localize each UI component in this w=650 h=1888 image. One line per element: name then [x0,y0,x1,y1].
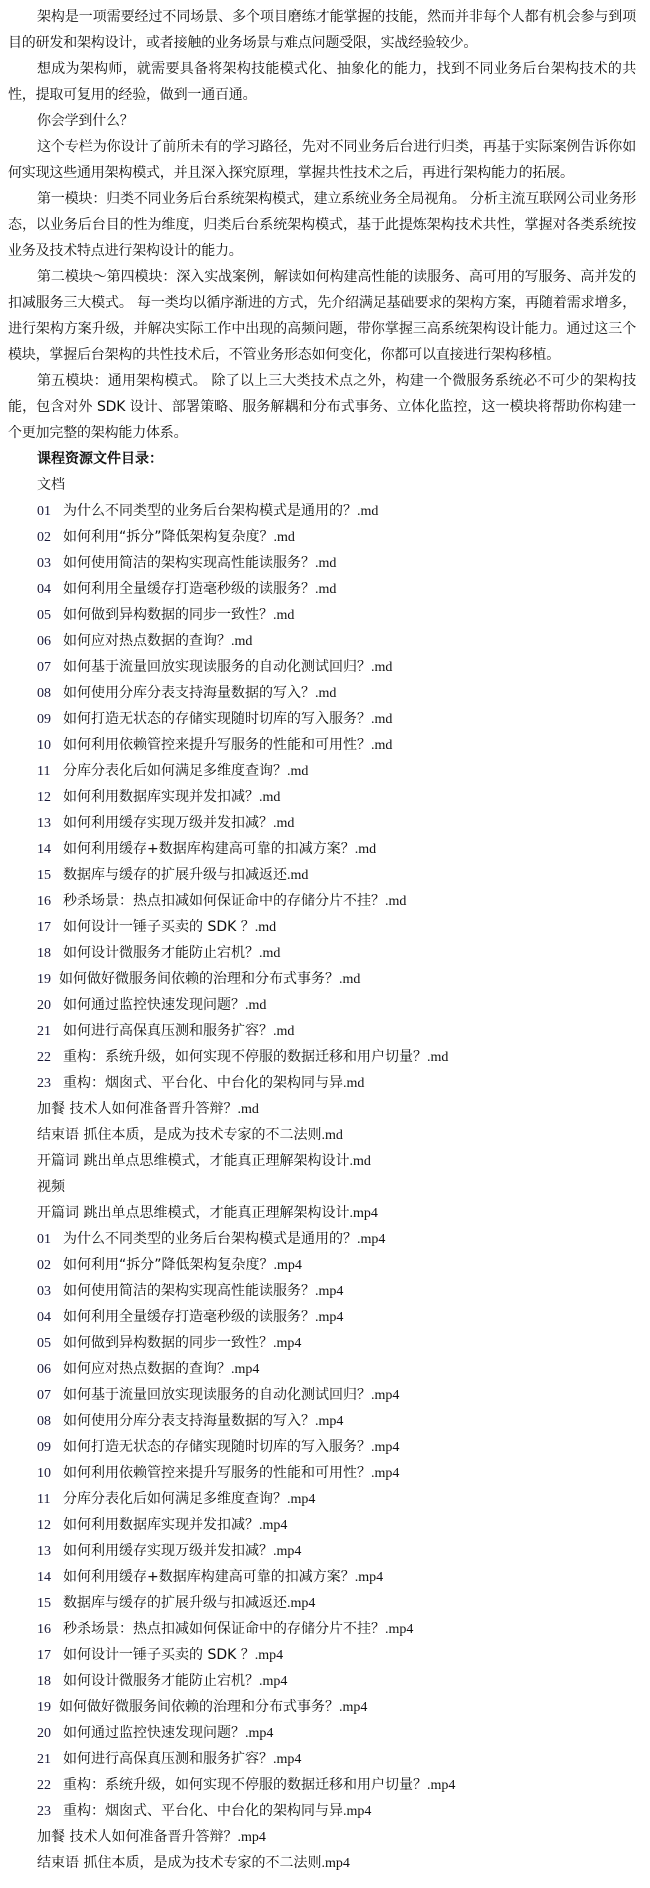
file-number: 10 [37,1461,57,1487]
file-list-item: 20如何通过监控快速发现问题？.mp4 [8,1720,636,1746]
file-extension: .md [357,504,378,519]
file-list-item: 加餐 技术人如何准备晋升答辩？.md [8,1096,636,1122]
file-number: 23 [37,1071,57,1097]
file-extension: .mp4 [245,1726,273,1741]
file-number: 11 [37,1487,57,1513]
file-name: 重构：烟囱式、平台化、中台化的架构同与异 [63,1075,343,1091]
file-list-item: 19如何做好微服务间依赖的治理和分布式事务？.md [8,966,636,992]
file-name: 数据库与缓存的扩展升级与扣减返还 [63,867,287,883]
file-name: 如何使用简洁的架构实现高性能读服务？ [63,1283,315,1299]
file-name: 开篇词 跳出单点思维模式，才能真正理解架构设计 [37,1205,349,1221]
file-number: 17 [37,1643,57,1669]
file-list-item: 01为什么不同类型的业务后台架构模式是通用的？.mp4 [8,1226,636,1252]
file-number: 05 [37,603,57,629]
file-list-item: 06如何应对热点数据的查询？.md [8,628,636,654]
file-number: 14 [37,837,57,863]
file-name: 如何做到异构数据的同步一致性？ [63,607,273,623]
file-number: 10 [37,733,57,759]
file-list-item: 05如何做到异构数据的同步一致性？.mp4 [8,1330,636,1356]
file-name: 如何利用“拆分”降低架构复杂度？ [63,1257,274,1273]
file-extension: .mp4 [385,1622,413,1637]
file-name: 如何基于流量回放实现读服务的自动化测试回归？ [63,1387,371,1403]
file-number: 14 [37,1565,57,1591]
file-extension: .mp4 [315,1310,343,1325]
catalog-section-title: 视频 [8,1174,636,1200]
file-list-item: 结束语 抓住本质，是成为技术专家的不二法则.md [8,1122,636,1148]
file-extension: .mp4 [287,1492,315,1507]
file-list-item: 11分库分表化后如何满足多维度查询？.md [8,758,636,784]
file-extension: .mp4 [259,1674,287,1689]
file-name: 结束语 抓住本质，是成为技术专家的不二法则 [37,1855,321,1871]
file-name: 如何使用简洁的架构实现高性能读服务？ [63,555,315,571]
file-extension: .mp4 [315,1414,343,1429]
file-extension: .mp4 [343,1804,371,1819]
file-extension: .mp4 [273,1544,301,1559]
file-list-item: 结束语 抓住本质，是成为技术专家的不二法则.mp4 [8,1850,636,1876]
module-1-paragraph: 第一模块：归类不同业务后台系统架构模式，建立系统业务全局视角。 分析主流互联网公… [8,186,636,264]
file-list-item: 23重构：烟囱式、平台化、中台化的架构同与异.mp4 [8,1798,636,1824]
file-list-item: 15数据库与缓存的扩展升级与扣减返还.mp4 [8,1590,636,1616]
file-name: 如何设计一锤子买卖的 SDK ？ [63,919,255,935]
file-number: 23 [37,1799,57,1825]
file-name: 秒杀场景：热点扣减如何保证命中的存储分片不挂？ [63,1621,385,1637]
file-extension: .md [315,556,336,571]
file-extension: .mp4 [287,1596,315,1611]
file-list-item: 20如何通过监控快速发现问题？.md [8,992,636,1018]
file-name: 如何基于流量回放实现读服务的自动化测试回归？ [63,659,371,675]
file-name: 数据库与缓存的扩展升级与扣减返还 [63,1595,287,1611]
file-list-item: 06如何应对热点数据的查询？.mp4 [8,1356,636,1382]
file-name: 重构：系统升级，如何实现不停服的数据迁移和用户切量？ [63,1777,427,1793]
file-number: 06 [37,1357,57,1383]
module-5-paragraph: 第五模块：通用架构模式。 除了以上三大类技术点之外，构建一个微服务系统必不可少的… [8,368,636,446]
file-list-item: 11分库分表化后如何满足多维度查询？.mp4 [8,1486,636,1512]
file-extension: .md [385,894,406,909]
file-extension: .md [349,1154,370,1169]
file-number: 13 [37,1539,57,1565]
file-list-item: 开篇词 跳出单点思维模式，才能真正理解架构设计.mp4 [8,1200,636,1226]
file-name: 如何打造无状态的存储实现随时切库的写入服务？ [63,711,371,727]
file-name: 如何利用缓存+数据库构建高可靠的扣减方案？ [63,841,355,857]
file-list-item: 22重构：系统升级，如何实现不停服的数据迁移和用户切量？.md [8,1044,636,1070]
file-name: 开篇词 跳出单点思维模式，才能真正理解架构设计 [37,1153,349,1169]
file-number: 20 [37,993,57,1019]
file-list-item: 02如何利用“拆分”降低架构复杂度？.mp4 [8,1252,636,1278]
file-list-item: 07如何基于流量回放实现读服务的自动化测试回归？.md [8,654,636,680]
file-extension: .md [427,1050,448,1065]
file-list-item: 03如何使用简洁的架构实现高性能读服务？.md [8,550,636,576]
file-name: 如何打造无状态的存储实现随时切库的写入服务？ [63,1439,371,1455]
file-list-item: 16秒杀场景：热点扣减如何保证命中的存储分片不挂？.md [8,888,636,914]
file-number: 09 [37,707,57,733]
file-extension: .mp4 [273,1752,301,1767]
file-extension: .md [287,764,308,779]
file-name: 重构：系统升级，如何实现不停服的数据迁移和用户切量？ [63,1049,427,1065]
file-name: 结束语 抓住本质，是成为技术专家的不二法则 [37,1127,321,1143]
file-name: 加餐 技术人如何准备晋升答辩？ [37,1829,237,1845]
file-extension: .mp4 [355,1570,383,1585]
file-number: 19 [37,967,57,993]
file-extension: .mp4 [371,1440,399,1455]
file-number: 04 [37,1305,57,1331]
file-list-item: 21如何进行高保真压测和服务扩容？.md [8,1018,636,1044]
file-number: 15 [37,1591,57,1617]
file-name: 如何使用分库分表支持海量数据的写入？ [63,1413,315,1429]
file-list-item: 03如何使用简洁的架构实现高性能读服务？.mp4 [8,1278,636,1304]
file-name: 如何利用依赖管控来提升写服务的性能和可用性？ [63,737,371,753]
file-list-item: 07如何基于流量回放实现读服务的自动化测试回归？.mp4 [8,1382,636,1408]
file-extension: .md [259,946,280,961]
file-name: 如何通过监控快速发现问题？ [63,1725,245,1741]
file-name: 如何利用数据库实现并发扣减？ [63,1517,259,1533]
file-list-item: 12如何利用数据库实现并发扣减？.md [8,784,636,810]
file-number: 21 [37,1019,57,1045]
file-list-item: 04如何利用全量缓存打造毫秒级的读服务？.md [8,576,636,602]
file-list-item: 08如何使用分库分表支持海量数据的写入？.mp4 [8,1408,636,1434]
file-name: 如何做到异构数据的同步一致性？ [63,1335,273,1351]
file-name: 如何利用缓存+数据库构建高可靠的扣减方案？ [63,1569,355,1585]
file-number: 07 [37,655,57,681]
file-number: 13 [37,811,57,837]
file-name: 重构：烟囱式、平台化、中台化的架构同与异 [63,1803,343,1819]
file-list-item: 14如何利用缓存+数据库构建高可靠的扣减方案？.mp4 [8,1564,636,1590]
file-name: 如何设计微服务才能防止宕机？ [63,1673,259,1689]
file-extension: .md [343,1076,364,1091]
file-number: 02 [37,1253,57,1279]
file-extension: .md [237,1102,258,1117]
file-extension: .mp4 [273,1336,301,1351]
file-list-item: 13如何利用缓存实现万级并发扣减？.md [8,810,636,836]
file-name: 加餐 技术人如何准备晋升答辩？ [37,1101,237,1117]
file-list-item: 17如何设计一锤子买卖的 SDK ？.mp4 [8,1642,636,1668]
file-name: 如何通过监控快速发现问题？ [63,997,245,1013]
file-number: 09 [37,1435,57,1461]
file-list-item: 15数据库与缓存的扩展升级与扣减返还.md [8,862,636,888]
file-name: 为什么不同类型的业务后台架构模式是通用的？ [63,1231,357,1247]
catalog-heading: 课程资源文件目录： [8,446,636,472]
file-number: 06 [37,629,57,655]
file-extension: .md [274,530,295,545]
file-name: 如何利用缓存实现万级并发扣减？ [63,1543,273,1559]
file-list-item: 09如何打造无状态的存储实现随时切库的写入服务？.mp4 [8,1434,636,1460]
file-extension: .mp4 [339,1700,367,1715]
file-extension: .md [259,790,280,805]
file-list-item: 04如何利用全量缓存打造毫秒级的读服务？.mp4 [8,1304,636,1330]
file-number: 12 [37,1513,57,1539]
file-name: 如何利用依赖管控来提升写服务的性能和可用性？ [63,1465,371,1481]
file-extension: .mp4 [255,1648,283,1663]
file-list-item: 21如何进行高保真压测和服务扩容？.mp4 [8,1746,636,1772]
file-name: 如何进行高保真压测和服务扩容？ [63,1023,273,1039]
file-extension: .md [339,972,360,987]
file-number: 05 [37,1331,57,1357]
file-list-item: 23重构：烟囱式、平台化、中台化的架构同与异.md [8,1070,636,1096]
file-extension: .mp4 [231,1362,259,1377]
file-name: 如何利用“拆分”降低架构复杂度？ [63,529,274,545]
file-name: 为什么不同类型的业务后台架构模式是通用的？ [63,503,357,519]
file-name: 秒杀场景：热点扣减如何保证命中的存储分片不挂？ [63,893,385,909]
file-extension: .md [245,998,266,1013]
file-extension: .md [315,582,336,597]
document-body: 架构是一项需要经过不同场景、多个项目磨练才能掌握的技能，然而并非每个人都有机会参… [0,0,650,1876]
file-name: 如何设计微服务才能防止宕机？ [63,945,259,961]
file-extension: .md [273,608,294,623]
file-number: 22 [37,1045,57,1071]
module-2-4-paragraph: 第二模块～第四模块：深入实战案例，解读如何构建高性能的读服务、高可用的写服务、高… [8,264,636,368]
file-list-item: 18如何设计微服务才能防止宕机？.mp4 [8,1668,636,1694]
file-list-item: 09如何打造无状态的存储实现随时切库的写入服务？.md [8,706,636,732]
file-extension: .md [355,842,376,857]
file-extension: .md [273,1024,294,1039]
file-extension: .md [287,868,308,883]
file-list-item: 18如何设计微服务才能防止宕机？.md [8,940,636,966]
file-number: 18 [37,941,57,967]
file-name: 如何利用全量缓存打造毫秒级的读服务？ [63,581,315,597]
file-list-item: 22重构：系统升级，如何实现不停服的数据迁移和用户切量？.mp4 [8,1772,636,1798]
file-name: 如何进行高保真压测和服务扩容？ [63,1751,273,1767]
file-name: 分库分表化后如何满足多维度查询？ [63,763,287,779]
file-extension: .md [371,738,392,753]
file-number: 16 [37,889,57,915]
file-name: 如何利用缓存实现万级并发扣减？ [63,815,273,831]
file-list-item: 加餐 技术人如何准备晋升答辩？.mp4 [8,1824,636,1850]
file-number: 04 [37,577,57,603]
intro-paragraph: 想成为架构师，就需要具备将架构技能模式化、抽象化的能力，找到不同业务后台架构技术… [8,56,636,108]
file-extension: .md [315,686,336,701]
file-number: 01 [37,1227,57,1253]
file-extension: .md [231,634,252,649]
file-list-item: 开篇词 跳出单点思维模式，才能真正理解架构设计.md [8,1148,636,1174]
file-number: 02 [37,525,57,551]
intro-paragraph: 架构是一项需要经过不同场景、多个项目磨练才能掌握的技能，然而并非每个人都有机会参… [8,4,636,56]
file-number: 12 [37,785,57,811]
file-name: 如何利用数据库实现并发扣减？ [63,789,259,805]
file-list-item: 10如何利用依赖管控来提升写服务的性能和可用性？.md [8,732,636,758]
file-extension: .mp4 [349,1206,377,1221]
file-name: 如何使用分库分表支持海量数据的写入？ [63,685,315,701]
file-extension: .md [273,816,294,831]
file-list-item: 02如何利用“拆分”降低架构复杂度？.md [8,524,636,550]
file-number: 07 [37,1383,57,1409]
file-extension: .mp4 [427,1778,455,1793]
file-extension: .mp4 [259,1518,287,1533]
file-list-item: 12如何利用数据库实现并发扣减？.mp4 [8,1512,636,1538]
file-extension: .mp4 [237,1830,265,1845]
file-extension: .mp4 [371,1388,399,1403]
file-extension: .mp4 [371,1466,399,1481]
file-number: 08 [37,1409,57,1435]
file-extension: .mp4 [321,1856,349,1871]
file-extension: .mp4 [357,1232,385,1247]
intro-paragraph: 这个专栏为你设计了前所未有的学习路径，先对不同业务后台进行归类，再基于实际案例告… [8,134,636,186]
file-extension: .mp4 [274,1258,302,1273]
file-number: 11 [37,759,57,785]
file-extension: .md [371,660,392,675]
file-extension: .md [255,920,276,935]
file-list-item: 19如何做好微服务间依赖的治理和分布式事务？.mp4 [8,1694,636,1720]
file-name: 分库分表化后如何满足多维度查询？ [63,1491,287,1507]
file-number: 16 [37,1617,57,1643]
file-name: 如何应对热点数据的查询？ [63,633,231,649]
file-number: 17 [37,915,57,941]
section-question: 你会学到什么？ [8,108,636,134]
file-name: 如何做好微服务间依赖的治理和分布式事务？ [59,1699,339,1715]
file-number: 18 [37,1669,57,1695]
file-name: 如何利用全量缓存打造毫秒级的读服务？ [63,1309,315,1325]
file-list-item: 14如何利用缓存+数据库构建高可靠的扣减方案？.md [8,836,636,862]
file-number: 01 [37,499,57,525]
file-number: 03 [37,551,57,577]
file-list-item: 17如何设计一锤子买卖的 SDK ？.md [8,914,636,940]
file-list-item: 10如何利用依赖管控来提升写服务的性能和可用性？.mp4 [8,1460,636,1486]
file-extension: .mp4 [315,1284,343,1299]
file-number: 15 [37,863,57,889]
file-number: 21 [37,1747,57,1773]
file-number: 22 [37,1773,57,1799]
file-extension: .md [371,712,392,727]
file-number: 20 [37,1721,57,1747]
file-list-item: 01为什么不同类型的业务后台架构模式是通用的？.md [8,498,636,524]
file-number: 08 [37,681,57,707]
file-name: 如何应对热点数据的查询？ [63,1361,231,1377]
file-name: 如何设计一锤子买卖的 SDK ？ [63,1647,255,1663]
file-name: 如何做好微服务间依赖的治理和分布式事务？ [59,971,339,987]
file-list-item: 05如何做到异构数据的同步一致性？.md [8,602,636,628]
file-number: 03 [37,1279,57,1305]
file-extension: .md [321,1128,342,1143]
catalog-list: 文档01为什么不同类型的业务后台架构模式是通用的？.md02如何利用“拆分”降低… [8,472,636,1876]
file-list-item: 08如何使用分库分表支持海量数据的写入？.md [8,680,636,706]
file-number: 19 [37,1695,57,1721]
file-list-item: 16秒杀场景：热点扣减如何保证命中的存储分片不挂？.mp4 [8,1616,636,1642]
file-list-item: 13如何利用缓存实现万级并发扣减？.mp4 [8,1538,636,1564]
catalog-section-title: 文档 [8,472,636,498]
